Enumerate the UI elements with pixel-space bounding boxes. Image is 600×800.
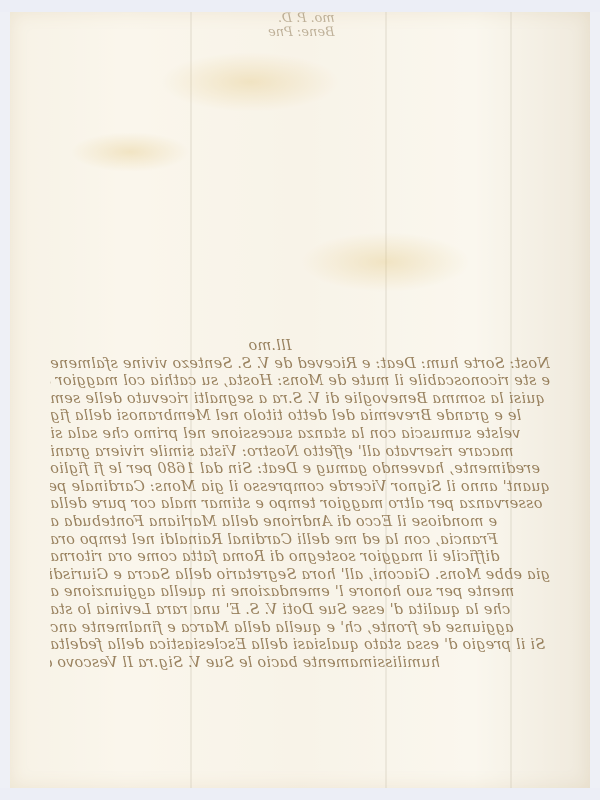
text-line: mente per suo honore l' emendazione in q…	[50, 584, 550, 602]
text-line: Nost: Sorte hum: Deat: e Riceved de V. S…	[50, 356, 550, 374]
text-line: e ste riconoscabile il mute de Mons: Hos…	[50, 373, 550, 391]
scanner-border-bottom	[0, 788, 600, 800]
text-line: e mondiose il Ecco di Andrione della Mar…	[50, 514, 550, 532]
text-line: eredimente, haveendo gamug e Deat: Sin d…	[50, 461, 550, 479]
text-line: quisi la somma Benevoglie di V. S.ra a s…	[50, 391, 550, 409]
text-line: che la qualita d' esse Sue Doti V. S. E'…	[50, 602, 550, 620]
text-line: gia ebbe Mons. Giaconi, all' hora Segret…	[50, 567, 550, 585]
text-line: Si il pregio d' essa stato qualsiasi del…	[50, 637, 550, 655]
scanner-border-top	[0, 0, 600, 12]
text-line: Francia, con la ed me delli Cardinal Rai…	[50, 532, 550, 550]
header-annotation: mo. P. D. Bene: Pne	[268, 12, 335, 40]
closing-line: humilissimamente bacio le Sue V. Sig.ra …	[50, 655, 550, 673]
header-annotation-line: mo. P. D.	[268, 12, 335, 26]
text-line: le e grande Brevemia del detto titolo ne…	[50, 408, 550, 426]
manuscript-page: mo. P. D. Bene: Pne Ill.mo Nost: Sorte h…	[10, 12, 590, 788]
manuscript-body: Ill.mo Nost: Sorte hum: Deat: e Riceved …	[50, 338, 550, 672]
paper-stain	[300, 232, 470, 292]
text-line: quant' anno il Signor Vicerde compresso …	[50, 479, 550, 497]
salutation-line: Ill.mo	[50, 338, 550, 356]
text-line: velste sumuscia con la stanza sucessione…	[50, 426, 550, 444]
text-line: macare riservato all' effetto Nostro: Vi…	[50, 444, 550, 462]
paper-stain	[70, 132, 190, 172]
paper-stain	[160, 52, 340, 112]
text-line: aggiunse de fronte, ch' e quella della M…	[50, 620, 550, 638]
text-line: osservanza per altro maggior tempo e sti…	[50, 496, 550, 514]
header-annotation-line: Bene: Pne	[268, 26, 335, 40]
text-line: difficile il maggior sostegno di Roma fa…	[50, 549, 550, 567]
